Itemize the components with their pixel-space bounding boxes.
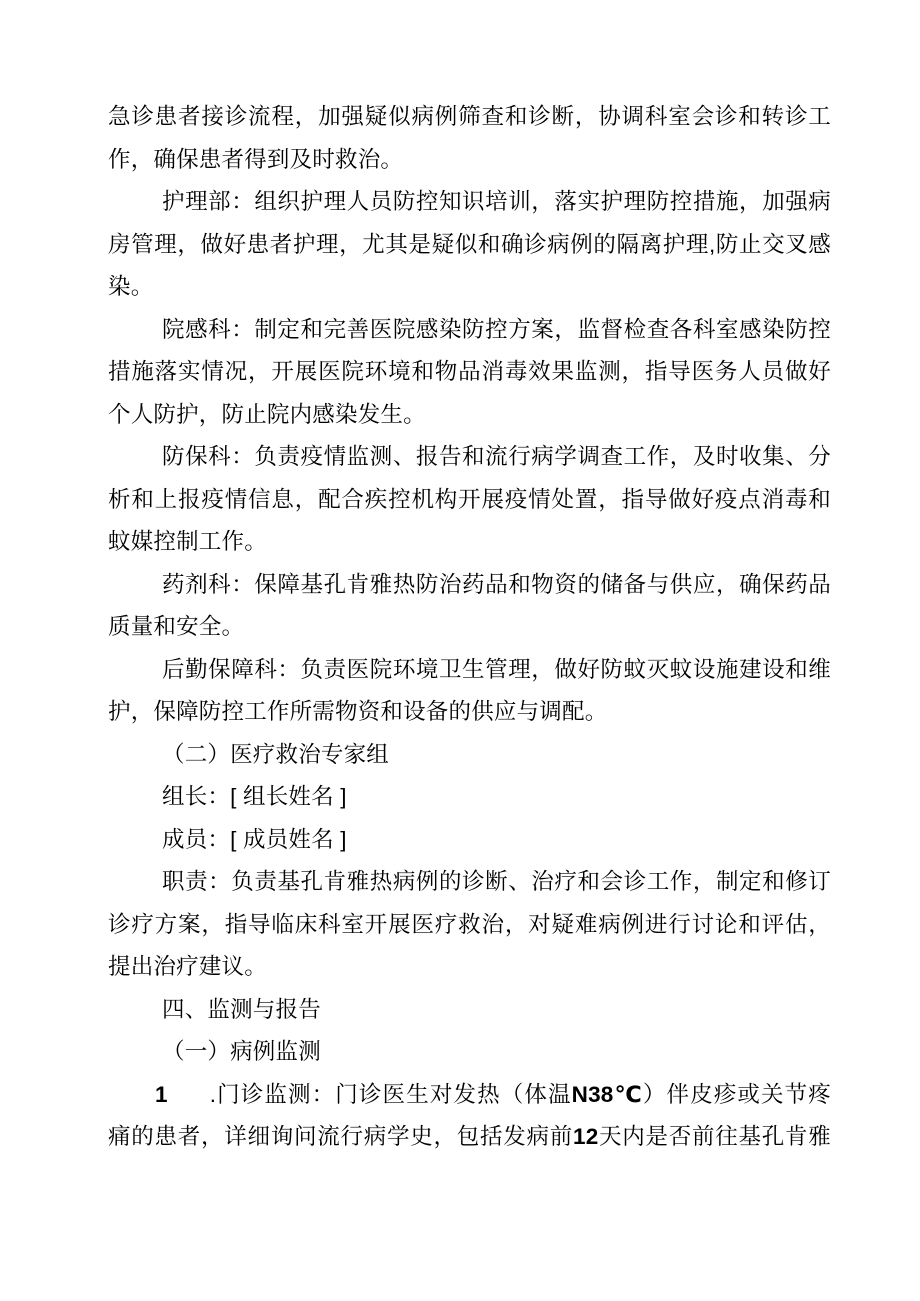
tab-gap <box>168 1101 210 1102</box>
text-line: 质量和安全。 <box>108 606 831 649</box>
text-line: 后勤保障科：负责医院环境卫生管理，做好防蚊灭蚊设施建设和维 <box>108 649 831 692</box>
text-segment: 护，保障防控工作所需物资和设备的供应与调配。 <box>108 699 607 724</box>
text-segment: 急诊患者接诊流程，加强疑似病例筛查和诊断，协调科室会诊和转诊工 <box>108 104 831 129</box>
text-line: （一）病例监测 <box>108 1031 831 1074</box>
text-line: 急诊患者接诊流程，加强疑似病例筛查和诊断，协调科室会诊和转诊工 <box>108 96 831 139</box>
text-segment: 院感科：制定和完善医院感染防控方案，监督检查各科室感染防控 <box>162 317 831 342</box>
text-segment: 痛的患者，详细询问流行病学史，包括发病前 <box>108 1124 573 1149</box>
text-line: 个人防护，防止院内感染发生。 <box>108 394 831 437</box>
text-segment: 措施落实情况，开展医院环境和物品消毒效果监测，指导医务人员做好 <box>108 359 831 384</box>
text-segment: 天内是否前往基孔肯雅 <box>598 1124 831 1149</box>
text-segment: 作，确保患者得到及时救治。 <box>108 147 403 172</box>
text-segment: 药剂科：保障基孔肯雅热防治药品和物资的储备与供应，确保药品 <box>162 572 831 597</box>
text-segment: 护理部：组织护理人员防控知识培训，落实护理防控措施，加强病 <box>162 189 831 214</box>
text-line: 染。 <box>108 266 831 309</box>
text-segment: ）伴皮疹或关节疼 <box>643 1082 831 1107</box>
text-line: 作，确保患者得到及时救治。 <box>108 139 831 182</box>
text-segment-bold: 1 <box>155 1082 168 1107</box>
text-line: （二）医疗救治专家组 <box>108 734 831 777</box>
text-segment: （二）医疗救治专家组 <box>162 742 389 767</box>
text-segment-bold: 12 <box>573 1124 598 1149</box>
text-line: 职责：负责基孔肯雅热病例的诊断、治疗和会诊工作，制定和修订 <box>108 861 831 904</box>
text-line: 防保科：负责疫情监测、报告和流行病学调查工作，及时收集、分 <box>108 436 831 479</box>
text-segment: 房管理，做好患者护理，尤其是疑似和确诊病例的隔离护理,防止交叉感 <box>108 232 831 257</box>
text-line: 护，保障防控工作所需物资和设备的供应与调配。 <box>108 691 831 734</box>
document-page: 急诊患者接诊流程，加强疑似病例筛查和诊断，协调科室会诊和转诊工作，确保患者得到及… <box>0 0 920 1301</box>
text-line: 院感科：制定和完善医院感染防控方案，监督检查各科室感染防控 <box>108 309 831 352</box>
text-line: 蚊媒控制工作。 <box>108 521 831 564</box>
text-segment: 成员：[ 成员姓名 ] <box>162 827 347 852</box>
text-line: 药剂科：保障基孔肯雅热防治药品和物资的储备与供应，确保药品 <box>108 564 831 607</box>
text-line: 成员：[ 成员姓名 ] <box>108 819 831 862</box>
text-line: 诊疗方案，指导临床科室开展医疗救治，对疑难病例进行讨论和评估， <box>108 904 831 947</box>
text-segment: .门诊监测：门诊医生对发热（体温 <box>210 1082 572 1107</box>
text-segment: 四、监测与报告 <box>162 997 321 1022</box>
text-segment-bold: N38℃ <box>572 1082 643 1107</box>
text-segment: 个人防护，防止院内感染发生。 <box>108 402 426 427</box>
document-text-block: 急诊患者接诊流程，加强疑似病例筛查和诊断，协调科室会诊和转诊工作，确保患者得到及… <box>108 96 831 1159</box>
text-segment: 职责：负责基孔肯雅热病例的诊断、治疗和会诊工作，制定和修订 <box>162 869 831 894</box>
text-line: 组长：[ 组长姓名 ] <box>108 776 831 819</box>
text-segment: 蚊媒控制工作。 <box>108 529 267 554</box>
text-line: 析和上报疫情信息，配合疾控机构开展疫情处置，指导做好疫点消毒和 <box>108 479 831 522</box>
text-segment: 析和上报疫情信息，配合疾控机构开展疫情处置，指导做好疫点消毒和 <box>108 487 831 512</box>
text-segment: （一）病例监测 <box>162 1039 321 1064</box>
text-segment: 质量和安全。 <box>108 614 244 639</box>
text-line: 1.门诊监测：门诊医生对发热（体温N38℃）伴皮疹或关节疼 <box>108 1074 831 1117</box>
text-line: 提出治疗建议。 <box>108 946 831 989</box>
text-line: 痛的患者，详细询问流行病学史，包括发病前12天内是否前往基孔肯雅 <box>108 1116 831 1159</box>
text-segment: 提出治疗建议。 <box>108 954 267 979</box>
text-segment: 染。 <box>108 274 153 299</box>
text-segment: 诊疗方案，指导临床科室开展医疗救治，对疑难病例进行讨论和评估， <box>108 912 831 937</box>
text-line: 房管理，做好患者护理，尤其是疑似和确诊病例的隔离护理,防止交叉感 <box>108 224 831 267</box>
text-segment: 防保科：负责疫情监测、报告和流行病学调查工作，及时收集、分 <box>162 444 831 469</box>
text-line: 护理部：组织护理人员防控知识培训，落实护理防控措施，加强病 <box>108 181 831 224</box>
text-segment: 后勤保障科：负责医院环境卫生管理，做好防蚊灭蚊设施建设和维 <box>162 657 831 682</box>
text-line: 措施落实情况，开展医院环境和物品消毒效果监测，指导医务人员做好 <box>108 351 831 394</box>
text-line: 四、监测与报告 <box>108 989 831 1032</box>
text-segment: 组长：[ 组长姓名 ] <box>162 784 347 809</box>
